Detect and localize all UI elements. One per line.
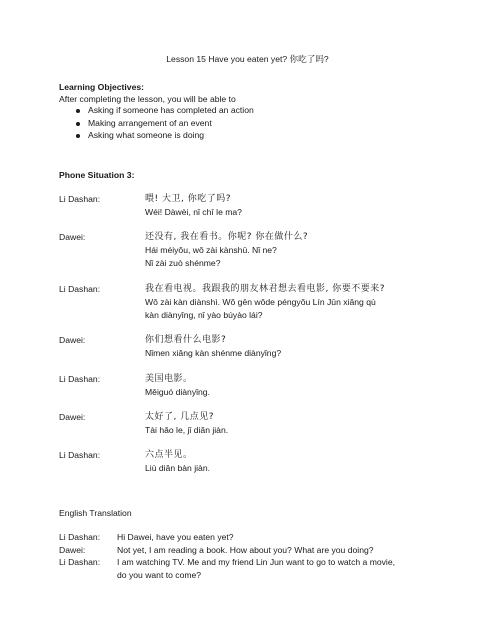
document-page: Lesson 15 Have you eaten yet? 你吃了吗? Lear… [0,0,495,640]
speaker-label: Li Dashan: [59,283,100,295]
bullet-icon [76,134,80,138]
dialogue-lines: 喂! 大卫, 你吃了吗? Wéi! Dàwèi, nǐ chī le ma? [145,193,445,219]
pinyin-text: Hái méiyǒu, wǒ zài kànshū. Nǐ ne? [145,244,445,257]
dialogue-lines: 六点半见。 Liù diǎn bàn jiàn. [145,449,445,475]
speaker-label: Dawei: [59,411,85,423]
situation-heading: Phone Situation 3: [59,169,134,181]
pinyin-text: Wéi! Dàwèi, nǐ chī le ma? [145,206,445,219]
objective-item: Asking if someone has completed an actio… [59,104,254,117]
chinese-text: 六点半见。 [145,449,445,462]
pinyin-text: Wǒ zài kàn diànshì. Wǒ gēn wǒde péngyǒu … [145,296,485,309]
pinyin-text: Tài hǎo le, jǐ diǎn jiàn. [145,424,445,437]
chinese-text: 喂! 大卫, 你吃了吗? [145,193,445,206]
objective-item: Making arrangement of an event [59,117,254,130]
lesson-title: Lesson 15 Have you eaten yet? 你吃了吗? [0,53,495,65]
pinyin-text: Nǐmen xiǎng kàn shénme diànyǐng? [145,347,445,360]
pinyin-text: Liù diǎn bàn jiàn. [145,462,445,475]
chinese-text: 我在看电视。我跟我的朋友林君想去看电影, 你要不要来? [145,283,485,296]
speaker-label: Dawei: [59,334,85,346]
objective-item: Asking what someone is doing [59,129,254,142]
speaker-label: Li Dashan: [59,531,100,543]
bullet-icon [76,122,80,126]
speaker-label: Li Dashan: [59,373,100,385]
bullet-icon [76,109,80,113]
speaker-label: Li Dashan: [59,556,100,568]
chinese-text: 你们想看什么电影? [145,334,445,347]
speaker-label: Dawei: [59,231,85,243]
speaker-label: Dawei: [59,544,85,556]
speaker-label: Li Dashan: [59,449,100,461]
chinese-text: 太好了, 几点见? [145,411,445,424]
translation-text: I am watching TV. Me and my friend Lin J… [117,556,477,581]
translation-text: Hi Dawei, have you eaten yet? [117,531,417,544]
translation-text: Not yet, I am reading a book. How about … [117,544,417,557]
objectives-heading: Learning Objectives: [59,81,144,93]
translation-heading: English Translation [59,507,132,519]
speaker-label: Li Dashan: [59,193,100,205]
pinyin-text: kàn diànyǐng, nǐ yào búyào lái? [145,309,485,322]
pinyin-text: Měiguó diànyǐng. [145,386,445,399]
dialogue-lines: 还没有, 我在看书。你呢? 你在做什么? Hái méiyǒu, wǒ zài … [145,231,445,270]
objectives-list: Asking if someone has completed an actio… [59,104,254,142]
dialogue-lines: 你们想看什么电影? Nǐmen xiǎng kàn shénme diànyǐn… [145,334,445,360]
dialogue-lines: 太好了, 几点见? Tài hǎo le, jǐ diǎn jiàn. [145,411,445,437]
chinese-text: 美国电影。 [145,373,445,386]
pinyin-text: Nǐ zài zuò shénme? [145,257,445,270]
dialogue-lines: 美国电影。 Měiguó diànyǐng. [145,373,445,399]
chinese-text: 还没有, 我在看书。你呢? 你在做什么? [145,231,445,244]
dialogue-lines: 我在看电视。我跟我的朋友林君想去看电影, 你要不要来? Wǒ zài kàn d… [145,283,485,322]
